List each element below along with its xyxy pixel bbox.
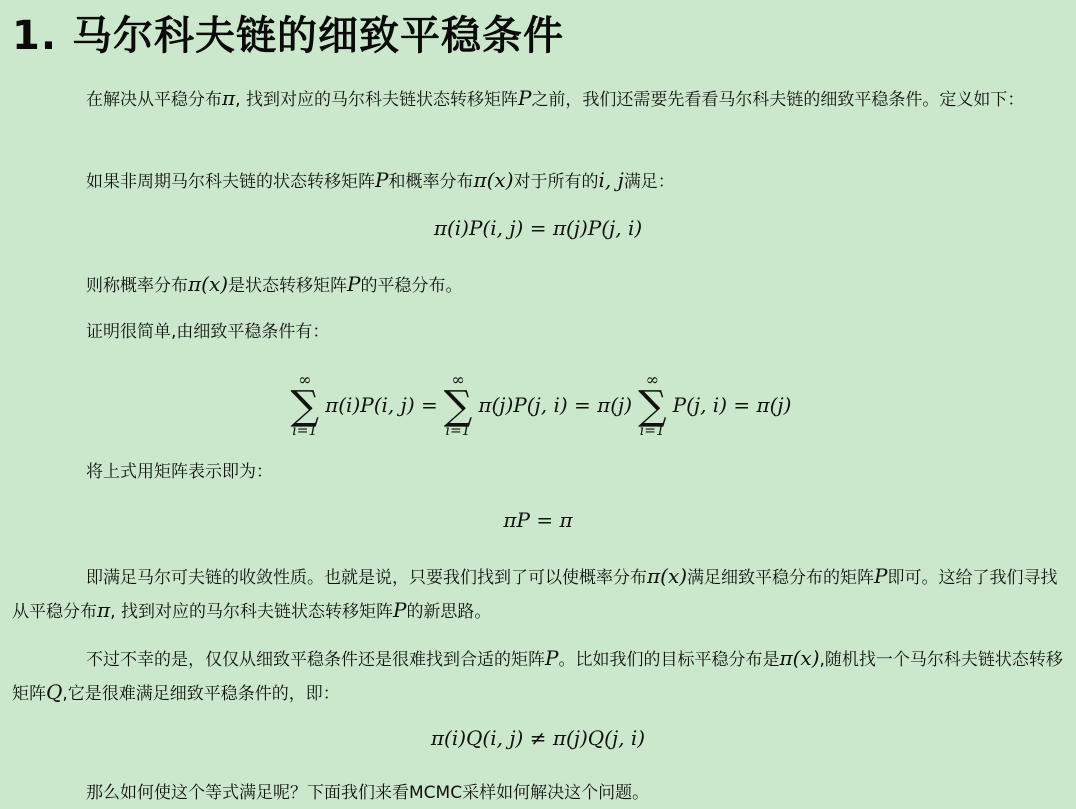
- paragraph-next: 那么如何使这个等式满足呢？下面我们来看MCMC采样如何解决这个问题。: [12, 777, 1064, 809]
- paragraph-proof: 证明很简单,由细致平稳条件有：: [12, 316, 1064, 348]
- math-Q: Q: [46, 680, 62, 704]
- sum-symbol: ∞∑i=1: [638, 372, 667, 438]
- text: 则称概率分布: [86, 276, 188, 296]
- math-pi: π: [222, 86, 235, 110]
- text: 和概率分布: [388, 172, 473, 192]
- text: 。比如我们的目标平稳分布是: [558, 650, 779, 670]
- paragraph-matrix-form: 将上式用矩阵表示即为：: [12, 456, 1064, 488]
- text: , 找到对应的马尔科夫链状态转移矩阵: [235, 90, 518, 110]
- math-P: P: [518, 86, 531, 110]
- text: 不过不幸的是，仅仅从细致平稳条件还是很难找到合适的矩阵: [86, 650, 545, 670]
- math-P: P: [393, 598, 406, 622]
- equation-term: π(i)P(i, j) =: [325, 393, 438, 417]
- text: 之前，我们还需要先看看马尔科夫链的细致平稳条件。定义如下：: [531, 90, 1024, 110]
- equation-sum-proof: ∞∑i=1 π(i)P(i, j) = ∞∑i=1 π(j)P(j, i) = …: [0, 366, 1076, 438]
- text: 在解决从平稳分布: [86, 90, 222, 110]
- text: 对于所有的: [514, 172, 599, 192]
- text: , 找到对应的马尔科夫链状态转移矩阵: [110, 602, 393, 622]
- math-pi: π: [97, 598, 110, 622]
- text: 的平稳分布。: [361, 276, 463, 296]
- sum-symbol: ∞∑i=1: [291, 372, 320, 438]
- paragraph-convergence: 即满足马尔可夫链的收敛性质。也就是说，只要我们找到了可以使概率分布π(x)满足细…: [12, 560, 1064, 628]
- sum-symbol: ∞∑i=1: [444, 372, 473, 438]
- text: 满足：: [624, 172, 675, 192]
- paragraph-definition: 如果非周期马尔科夫链的状态转移矩阵P和概率分布π(x)对于所有的i, j满足：: [12, 164, 1064, 198]
- math-P: P: [545, 646, 558, 670]
- math-pi-x: π(x): [779, 646, 819, 670]
- equation-inequality: π(i)Q(i, j) ≠ π(j)Q(j, i): [0, 726, 1076, 750]
- section-heading: 1. 马尔科夫链的细致平稳条件: [12, 8, 564, 64]
- text: 如果非周期马尔科夫链的状态转移矩阵: [86, 172, 375, 192]
- text: 是状态转移矩阵: [228, 276, 347, 296]
- paragraph-difficulty: 不过不幸的是，仅仅从细致平稳条件还是很难找到合适的矩阵P。比如我们的目标平稳分布…: [12, 642, 1064, 710]
- math-ij: i, j: [599, 168, 624, 192]
- paragraph-intro: 在解决从平稳分布π, 找到对应的马尔科夫链状态转移矩阵P之前，我们还需要先看看马…: [12, 82, 1064, 116]
- equation-detailed-balance: π(i)P(i, j) = π(j)P(j, i): [0, 216, 1076, 240]
- text: ,它是很难满足细致平稳条件的，即：: [62, 684, 339, 704]
- math-P: P: [347, 272, 360, 296]
- text: 满足细致平稳分布的矩阵: [687, 568, 874, 588]
- equation-term: P(j, i) = π(j): [673, 393, 792, 417]
- equation-term: π(j)P(j, i) = π(j): [478, 393, 632, 417]
- sum-expression: ∞∑i=1 π(i)P(i, j) = ∞∑i=1 π(j)P(j, i) = …: [285, 372, 792, 438]
- equation-matrix: πP = π: [0, 508, 1076, 532]
- text: 的新思路。: [406, 602, 491, 622]
- math-pi-x: π(x): [473, 168, 513, 192]
- math-P: P: [874, 564, 887, 588]
- equation-text: π(i)Q(i, j) ≠ π(j)Q(j, i): [431, 726, 645, 750]
- math-pi-x: π(x): [188, 272, 228, 296]
- math-pi-x: π(x): [647, 564, 687, 588]
- math-P: P: [375, 168, 388, 192]
- equation-text: π(i)P(i, j) = π(j)P(j, i): [434, 216, 642, 240]
- paragraph-conclusion: 则称概率分布π(x)是状态转移矩阵P的平稳分布。: [12, 268, 1064, 302]
- text: 即满足马尔可夫链的收敛性质。也就是说，只要我们找到了可以使概率分布: [86, 568, 647, 588]
- equation-text: πP = π: [503, 508, 572, 532]
